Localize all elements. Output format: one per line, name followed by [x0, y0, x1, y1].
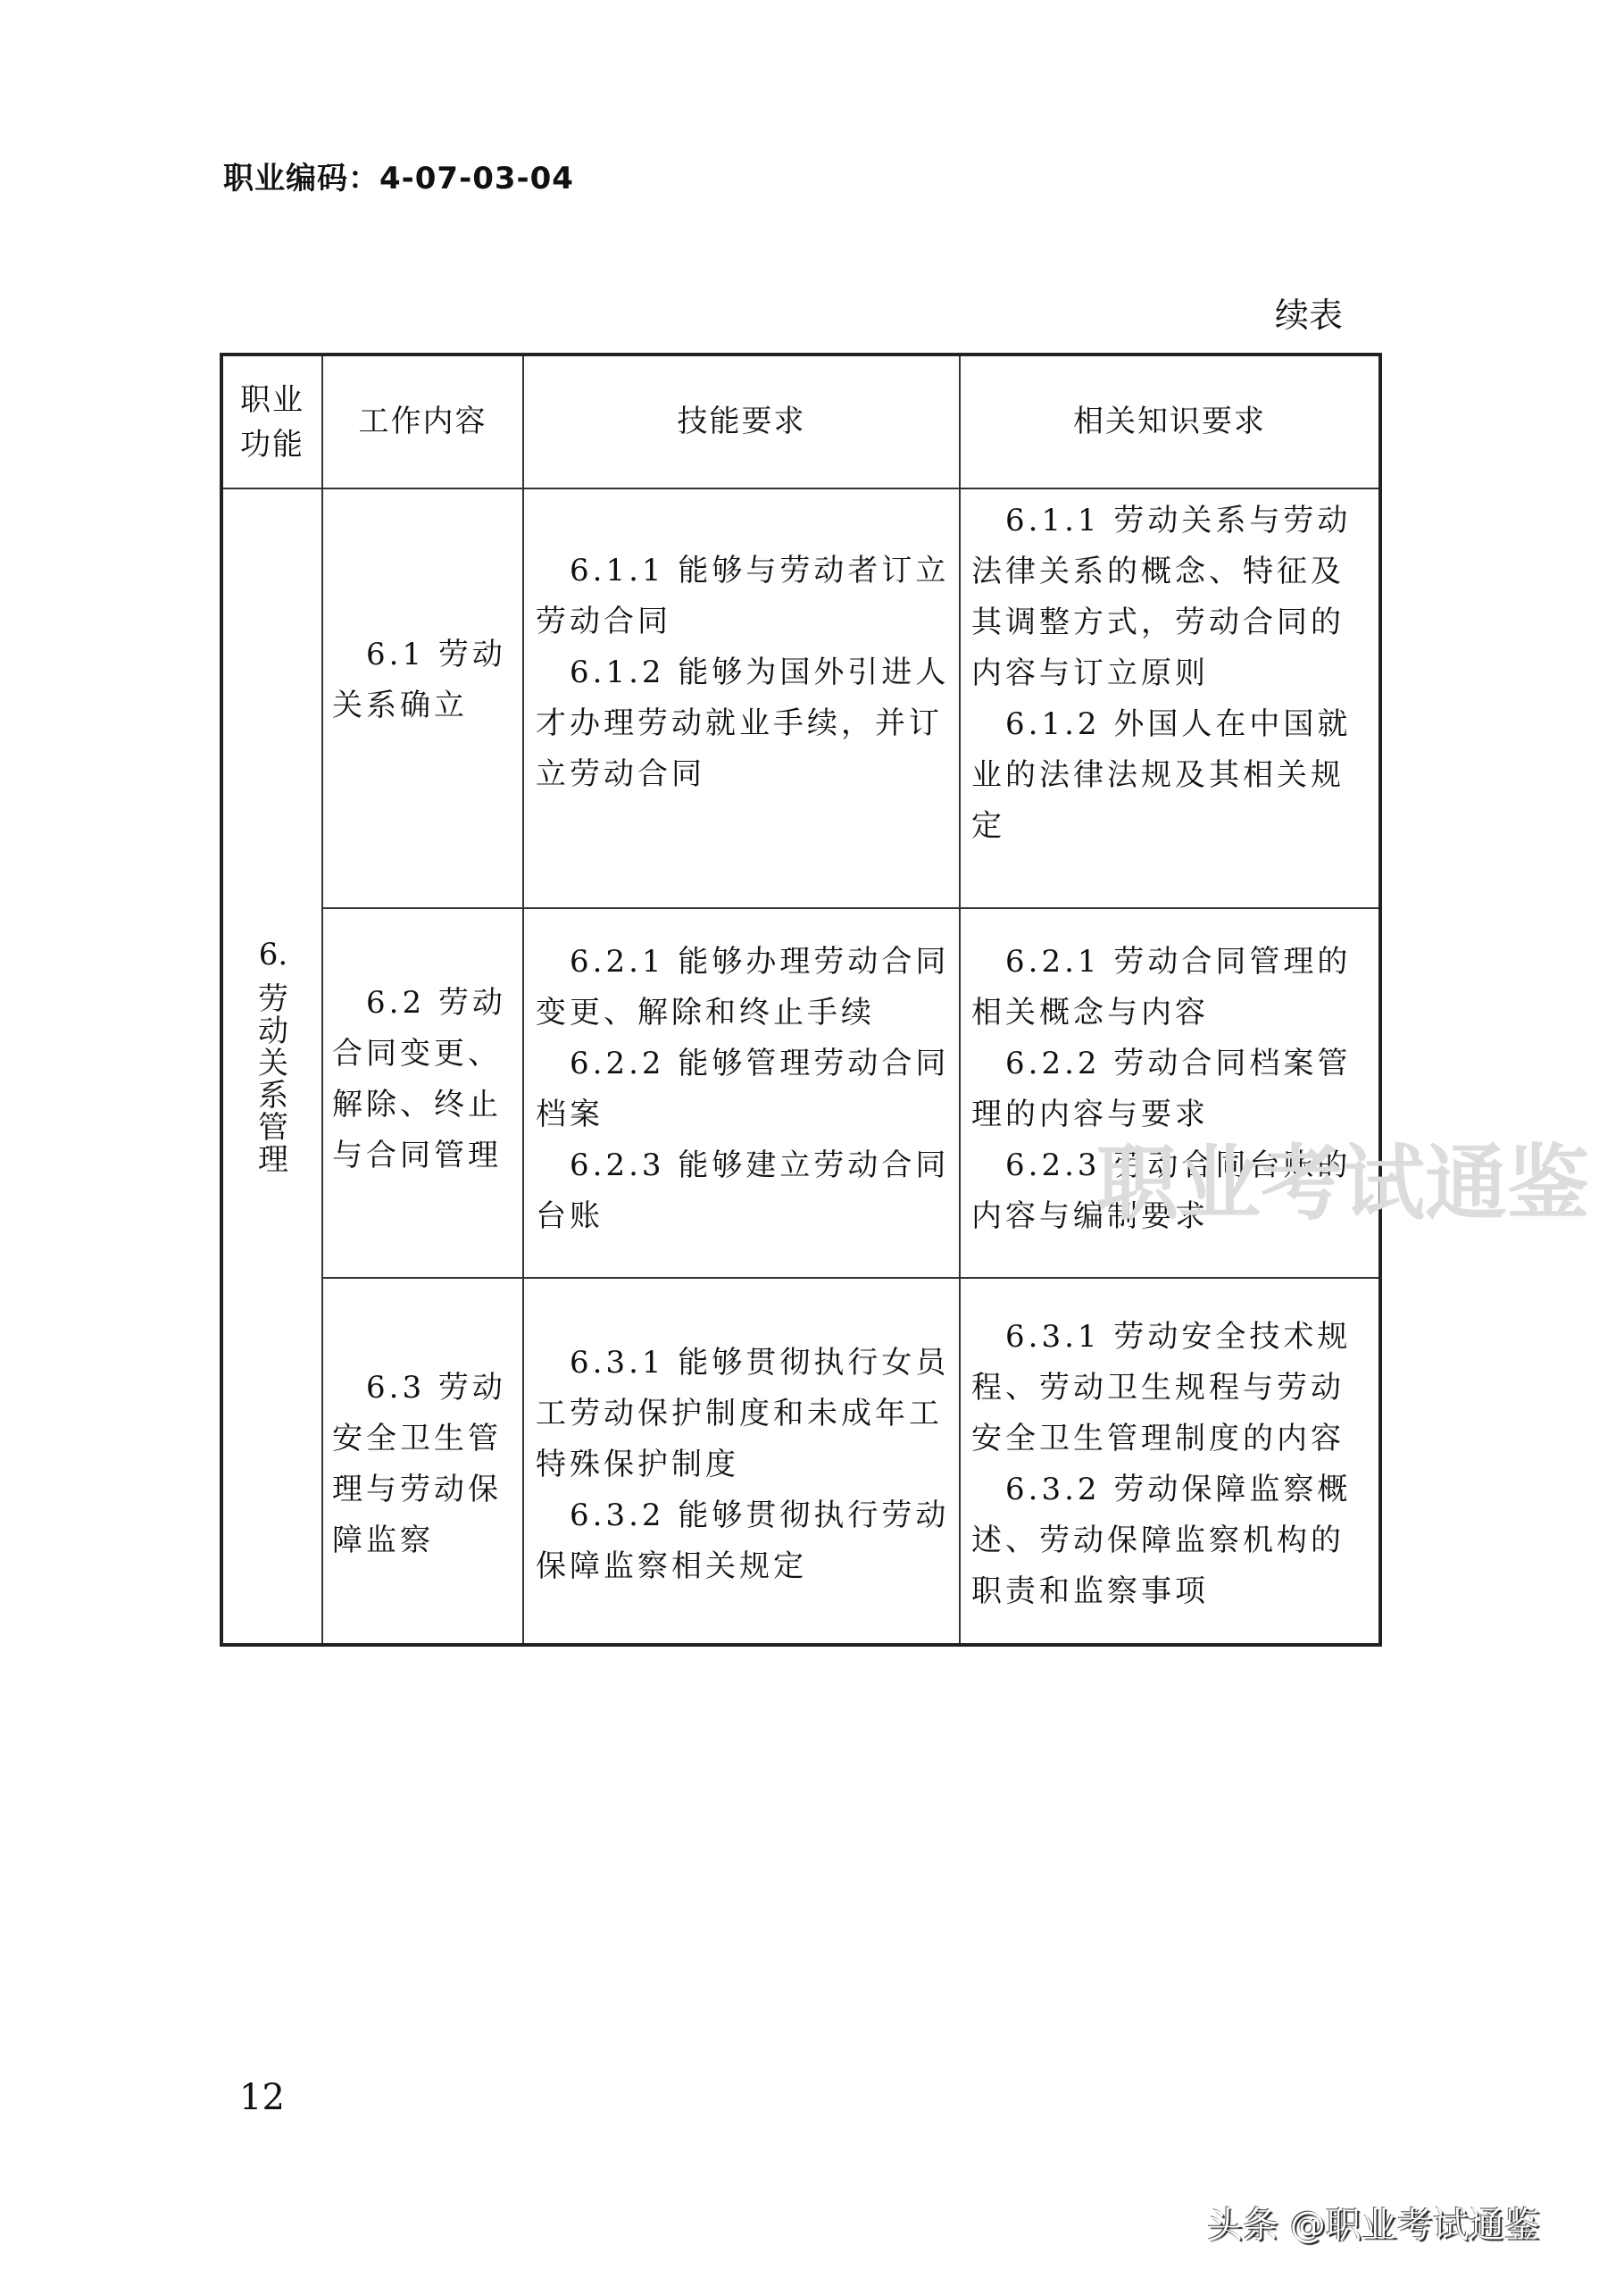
- cell-line: 特殊保护制度: [536, 1439, 949, 1490]
- cell-line: 合同变更、: [332, 1029, 506, 1080]
- cell-line: 程、劳动卫生规程与劳动: [971, 1363, 1351, 1414]
- skills-cell: 6.2.1 能够办理劳动合同 变更、解除和终止手续 6.2.2 能够管理劳动合同…: [536, 937, 949, 1242]
- cell-line: 6.1.1 能够与劳动者订立: [536, 546, 949, 597]
- column-header-work-content: 工作内容: [323, 399, 522, 444]
- cell-line: 其调整方式，劳动合同的: [971, 597, 1351, 648]
- cell-line: 劳动合同: [536, 597, 949, 647]
- work-content-cell: 6.1 劳动 关系确立: [332, 630, 506, 731]
- cell-line: 6.2.3 能够建立劳动合同: [536, 1140, 949, 1191]
- function-number: 6.: [223, 939, 323, 971]
- occupation-code: 职业编码：4-07-03-04: [223, 154, 574, 197]
- column-divider-3: [959, 356, 961, 1643]
- watermark-text: 职业考试通鉴: [1096, 1118, 1589, 1236]
- function-char: 关: [223, 1047, 323, 1080]
- cell-line: 与合同管理: [332, 1131, 506, 1181]
- cell-line: 工劳动保护制度和未成年工: [536, 1389, 949, 1439]
- skills-cell: 6.1.1 能够与劳动者订立 劳动合同 6.1.2 能够为国外引进人 才办理劳动…: [536, 546, 949, 800]
- cell-line: 理与劳动保: [332, 1464, 506, 1515]
- column-header-skills: 技能要求: [524, 399, 959, 444]
- skills-cell: 6.3.1 能够贯彻执行女员 工劳动保护制度和未成年工 特殊保护制度 6.3.2…: [536, 1338, 949, 1592]
- cell-line: 相关概念与内容: [971, 988, 1351, 1039]
- skills-table: 职业 功能 工作内容 技能要求 相关知识要求 6. 劳 动 关 系 管 理 6.…: [220, 353, 1382, 1647]
- cell-line: 6.1 劳动: [332, 630, 506, 680]
- column-header-function-line-1: 职业: [223, 378, 321, 422]
- cell-line: 6.1.1 劳动关系与劳动: [971, 496, 1351, 547]
- function-char: 理: [223, 1144, 323, 1176]
- cell-line: 业的法律法规及其相关规: [971, 750, 1351, 801]
- cell-line: 6.3.1 能够贯彻执行女员: [536, 1338, 949, 1389]
- cell-line: 6.2.1 能够办理劳动合同: [536, 937, 949, 988]
- cell-line: 才办理劳动就业手续，并订: [536, 698, 949, 749]
- column-header-function: 职业 功能: [223, 378, 321, 467]
- function-char: 系: [223, 1080, 323, 1112]
- work-content-cell: 6.2 劳动 合同变更、 解除、终止 与合同管理: [332, 978, 506, 1181]
- cell-line: 台账: [536, 1191, 949, 1242]
- cell-line: 6.3.2 能够贯彻执行劳动: [536, 1490, 949, 1541]
- footer-watermark: 头条 @职业考试通鉴: [1207, 2197, 1540, 2248]
- row-divider-1: [321, 907, 1378, 909]
- continued-table-label: 续表: [1275, 288, 1343, 337]
- page-number: 12: [239, 2077, 285, 2118]
- cell-line: 定: [971, 801, 1351, 852]
- cell-line: 关系确立: [332, 680, 506, 731]
- cell-line: 6.3.1 劳动安全技术规: [971, 1312, 1351, 1363]
- cell-line: 6.1.2 外国人在中国就: [971, 699, 1351, 750]
- cell-line: 职责和监察事项: [971, 1566, 1351, 1617]
- work-content-cell: 6.3 劳动 安全卫生管 理与劳动保 障监察: [332, 1363, 506, 1566]
- row-divider-2: [321, 1277, 1378, 1279]
- cell-line: 6.3 劳动: [332, 1363, 506, 1414]
- cell-line: 6.1.2 能够为国外引进人: [536, 647, 949, 698]
- cell-line: 解除、终止: [332, 1080, 506, 1131]
- cell-line: 法律关系的概念、特征及: [971, 547, 1351, 597]
- function-char: 管: [223, 1112, 323, 1144]
- cell-line: 内容与订立原则: [971, 648, 1351, 699]
- cell-line: 述、劳动保障监察机构的: [971, 1515, 1351, 1566]
- cell-line: 6.2.2 劳动合同档案管: [971, 1039, 1351, 1089]
- cell-line: 安全卫生管理制度的内容: [971, 1414, 1351, 1464]
- cell-line: 保障监察相关规定: [536, 1541, 949, 1592]
- cell-line: 立劳动合同: [536, 749, 949, 800]
- cell-line: 档案: [536, 1089, 949, 1140]
- cell-line: 6.2.2 能够管理劳动合同: [536, 1039, 949, 1089]
- cell-line: 安全卫生管: [332, 1414, 506, 1464]
- knowledge-cell: 6.3.1 劳动安全技术规 程、劳动卫生规程与劳动 安全卫生管理制度的内容 6.…: [971, 1312, 1351, 1617]
- column-divider-2: [522, 356, 524, 1643]
- knowledge-cell: 6.1.1 劳动关系与劳动 法律关系的概念、特征及 其调整方式，劳动合同的 内容…: [971, 496, 1351, 852]
- column-header-knowledge: 相关知识要求: [961, 399, 1378, 444]
- function-char: 劳: [223, 983, 323, 1015]
- function-label: 6. 劳 动 关 系 管 理: [223, 939, 323, 1176]
- cell-line: 6.3.2 劳动保障监察概: [971, 1464, 1351, 1515]
- cell-line: 6.2 劳动: [332, 978, 506, 1029]
- cell-line: 变更、解除和终止手续: [536, 988, 949, 1039]
- function-char: 动: [223, 1015, 323, 1047]
- cell-line: 障监察: [332, 1515, 506, 1566]
- column-header-function-line-2: 功能: [223, 422, 321, 467]
- cell-line: 6.2.1 劳动合同管理的: [971, 937, 1351, 988]
- header-divider: [223, 488, 1378, 489]
